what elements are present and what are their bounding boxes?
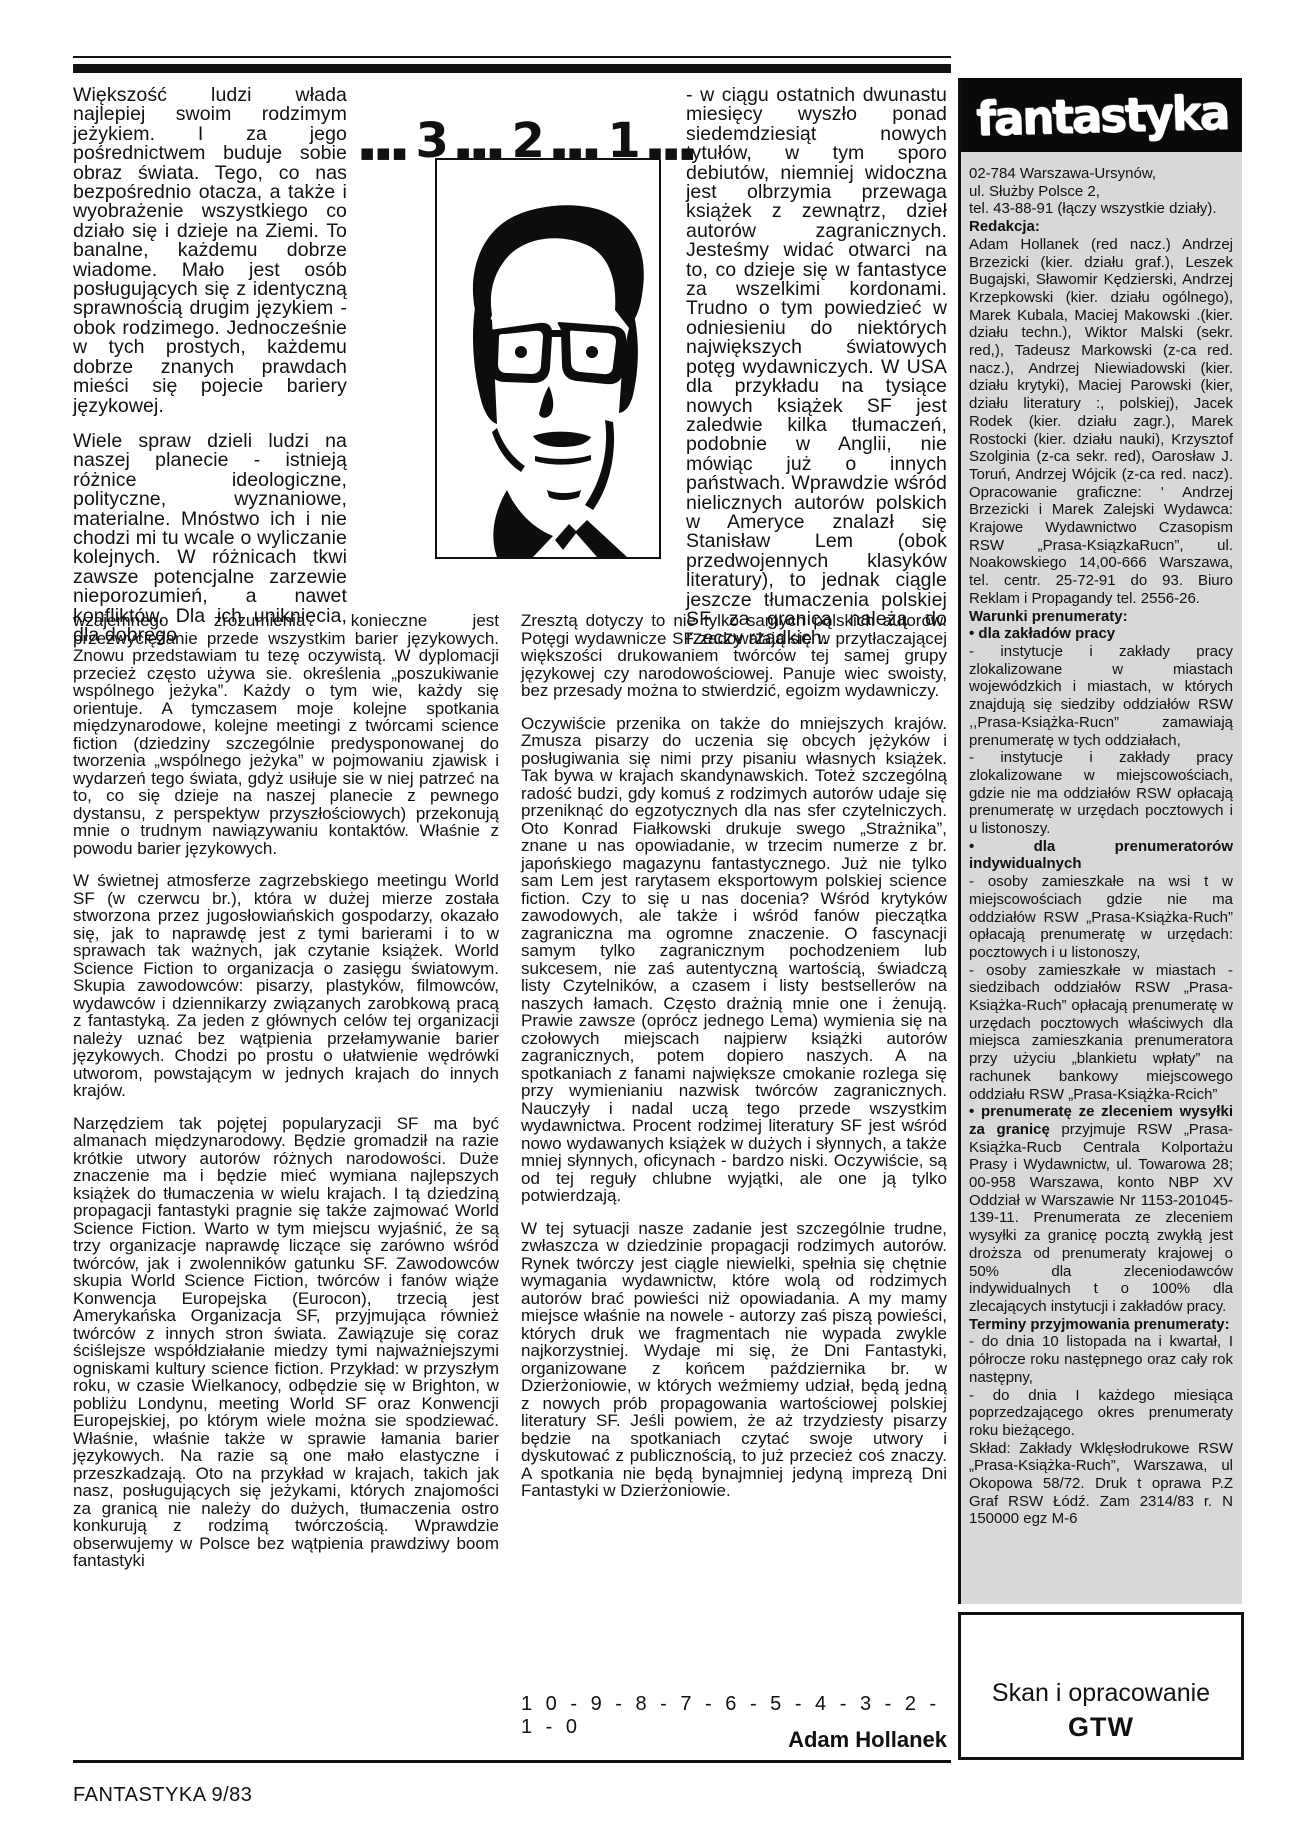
scan-credit-line: Skan i opracowanie [992, 1679, 1210, 1708]
redakcja-text: Adam Hollanek (red nacz.) Andrzej Brzezi… [969, 236, 1233, 608]
article-paragraph: - w ciągu ostatnich dwunastu miesięcy wy… [686, 86, 947, 649]
warunki-item: - osoby zamieszkałe w miastach - siedzib… [969, 962, 1233, 1104]
lower-right-column: Zresztą dotyczy to nie tylko samych pols… [521, 612, 947, 1500]
address-line: 02-784 Warszawa-Ursynów, [969, 165, 1233, 183]
scan-credit-gtw: GTW [1068, 1712, 1134, 1743]
warunki-item: - instytucje i zakłady pracy zlokalizowa… [969, 749, 1233, 838]
terminy-item: - do dnia 10 listopada na i kwartał, I p… [969, 1333, 1233, 1386]
terminy-label: Terminy przyjmowania prenumeraty: [969, 1316, 1233, 1334]
magazine-page: Większość ludzi włada najlepiej swoim ro… [0, 0, 1300, 1840]
masthead-column: fantastyka 02-784 Warszawa-Ursynów, ul. … [958, 78, 1242, 1604]
warunki-bullet3: • prenumeratę ze zleceniem wysyłki za gr… [969, 1103, 1233, 1315]
article-paragraph: Zresztą dotyczy to nie tylko samych pols… [521, 612, 947, 700]
terminy-item: - do dnia I każdego miesiąca poprzedzają… [969, 1387, 1233, 1440]
lead-paragraph: Większość ludzi włada najlepiej swoim ro… [73, 86, 347, 416]
countdown-digit-3: 3 [416, 122, 449, 160]
warunki-label: Warunki prenumeraty: [969, 608, 1233, 626]
redakcja-label: Redakcja: [969, 218, 1233, 236]
bottom-rule [73, 1760, 951, 1763]
address-line: ul. Służby Polsce 2, [969, 183, 1233, 201]
countdown-digit-1: 1 [607, 122, 640, 160]
article-paragraph: Narzędziem tak pojętej popularyzacji SF … [73, 1115, 499, 1570]
article-paragraph: W świetnej atmosferze zagrzebskiego meet… [73, 872, 499, 1100]
sklad-text: Skład: Zakłady Wklęsłodrukowe RSW „Prasa… [969, 1440, 1233, 1529]
article-paragraph: Oczywiście przenika on także do mniejszy… [521, 715, 947, 1205]
warunki-bullet3-text: przyjmuje RSW „Prasa-Książka-Rucb Centra… [969, 1121, 1233, 1315]
warunki-item: - osoby zamieszkałe na wsi t w miejscowo… [969, 873, 1233, 962]
scan-credit-box: Skan i opracowanie GTW [958, 1612, 1244, 1760]
page-footer-issue: FANTASTYKA 9/83 [73, 1784, 252, 1807]
magazine-logo: fantastyka [975, 84, 1228, 146]
top-rule-thick [73, 64, 951, 73]
warunki-bullet1-label: • dla zakładów pracy [969, 625, 1233, 643]
warunki-bullet2-label: • dla prenumeratorów indywidualnych [969, 838, 1233, 873]
portrait-man-glasses-illustration [437, 160, 659, 557]
article-paragraph: W tej sytuacji nasze zadanie jest szczeg… [521, 1220, 947, 1500]
top-rule-thin [73, 56, 951, 58]
lower-left-column: wzajemnego zrozumienia konieczne jest pr… [73, 612, 499, 1570]
address-line: tel. 43-88-91 (łączy wszystkie działy). [969, 200, 1233, 218]
countdown-dots: ■■■ [360, 147, 409, 160]
countdown-digit-2: 2 [511, 122, 544, 160]
warunki-item: - instytucje i zakłady pracy zlokalizowa… [969, 643, 1233, 749]
article-paragraph: wzajemnego zrozumienia konieczne jest pr… [73, 612, 499, 857]
impressum-text: 02-784 Warszawa-Ursynów, ul. Służby Pols… [961, 152, 1242, 1538]
portrait-photo [435, 160, 661, 559]
top-right-column: - w ciągu ostatnich dwunastu miesięcy wy… [686, 86, 947, 649]
author-signature: Adam Hollanek [521, 1727, 947, 1753]
countdown-321-graphic: ■■■ 3 ■■■ 2 ■■■ 1 ■■■ [360, 106, 662, 160]
magazine-logo-box: fantastyka [961, 78, 1242, 152]
lead-column: Większość ludzi włada najlepiej swoim ro… [73, 86, 347, 645]
